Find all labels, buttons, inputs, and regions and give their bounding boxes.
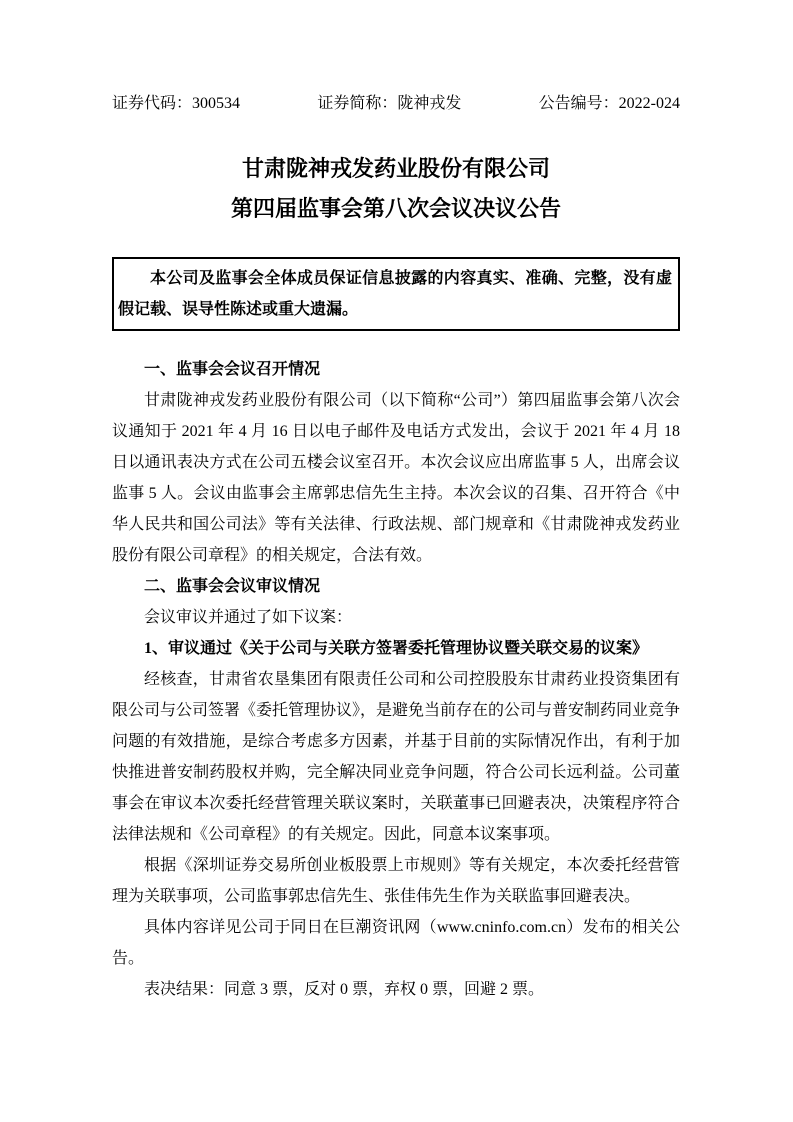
disclaimer-text: 本公司及监事会全体成员保证信息披露的内容真实、准确、完整，没有虚假记载、误导性陈… [118, 263, 672, 325]
section2-heading: 二、监事会会议审议情况 [112, 571, 680, 602]
stock-abbreviation: 证券简称：陇神戎发 [317, 95, 461, 113]
item1-heading: 1、审议通过《关于公司与关联方签署委托管理协议暨关联交易的议案》 [112, 633, 680, 664]
item1-paragraph-3: 具体内容详见公司于同日在巨潮资讯网（www.cninfo.com.cn）发布的相… [112, 912, 680, 974]
stock-code: 证券代码：300534 [112, 95, 240, 113]
item1-paragraph-2: 根据《深圳证券交易所创业板股票上市规则》等有关规定，本次委托经营管理为关联事项，… [112, 850, 680, 912]
meeting-resolution-title-line: 第四届监事会第八次会议决议公告 [112, 189, 680, 229]
document-header: 证券代码：300534 证券简称：陇神戎发 公告编号：2022-024 [112, 95, 680, 113]
company-name-title-line: 甘肃陇神戎发药业股份有限公司 [112, 149, 680, 189]
section1-heading: 一、监事会会议召开情况 [112, 354, 680, 385]
section2-intro: 会议审议并通过了如下议案： [112, 602, 680, 633]
document-body: 一、监事会会议召开情况 甘肃陇神戎发药业股份有限公司（以下简称“公司”）第四届监… [112, 354, 680, 1005]
section1-paragraph: 甘肃陇神戎发药业股份有限公司（以下简称“公司”）第四届监事会第八次会议通知于 2… [112, 385, 680, 571]
announcement-page: 证券代码：300534 证券简称：陇神戎发 公告编号：2022-024 甘肃陇神… [0, 0, 793, 1122]
item1-vote-result: 表决结果：同意 3 票，反对 0 票，弃权 0 票，回避 2 票。 [112, 974, 680, 1005]
item1-paragraph-1: 经核查，甘肃省农垦集团有限责任公司和公司控股股东甘肃药业投资集团有限公司与公司签… [112, 664, 680, 850]
disclaimer-box: 本公司及监事会全体成员保证信息披露的内容真实、准确、完整，没有虚假记载、误导性陈… [112, 257, 680, 331]
document-title: 甘肃陇神戎发药业股份有限公司 第四届监事会第八次会议决议公告 [112, 149, 680, 229]
announcement-number: 公告编号：2022-024 [539, 95, 680, 113]
